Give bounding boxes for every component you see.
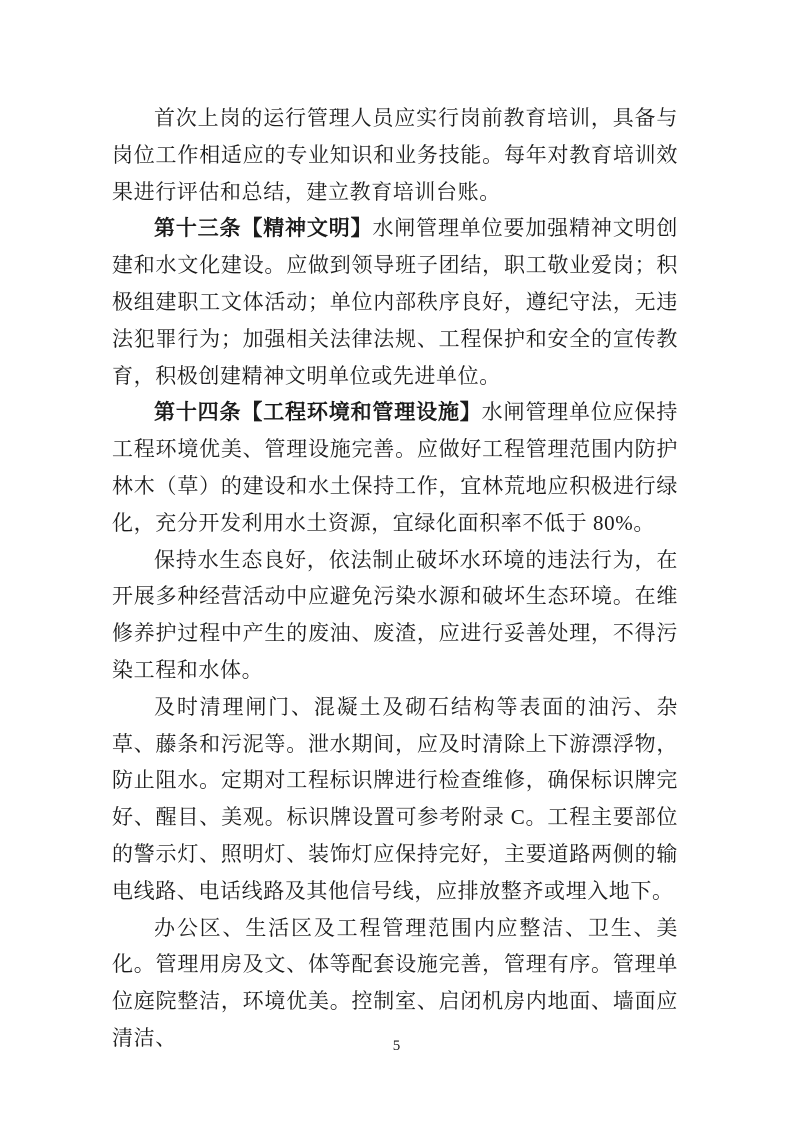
paragraph: 第十三条【精神文明】水闸管理单位要加强精神文明创建和水文化建设。应做到领导班子团… (112, 210, 678, 394)
paragraph: 首次上岗的运行管理人员应实行岗前教育培训，具备与岗位工作相适应的专业知识和业务技… (112, 100, 678, 210)
paragraph-text: 保持水生态良好，依法制止破坏水环境的违法行为，在开展多种经营活动中应避免污染水源… (112, 548, 678, 682)
page-number: 5 (0, 1036, 793, 1056)
paragraph: 办公区、生活区及工程管理范围内应整洁、卫生、美化。管理用房及文、体等配套设施完善… (112, 910, 678, 1057)
paragraph-text: 办公区、生活区及工程管理范围内应整洁、卫生、美化。管理用房及文、体等配套设施完善… (112, 916, 678, 1050)
paragraph-text: 水闸管理单位要加强精神文明创建和水文化建设。应做到领导班子团结，职工敬业爱岗；积… (112, 216, 678, 387)
document-body: 首次上岗的运行管理人员应实行岗前教育培训，具备与岗位工作相适应的专业知识和业务技… (112, 100, 678, 1057)
paragraph-text: 及时清理闸门、混凝土及砌石结构等表面的油污、杂草、藤条和污泥等。泄水期间，应及时… (112, 695, 678, 903)
paragraph: 第十四条【工程环境和管理设施】水闸管理单位应保持工程环境优美、管理设施完善。应做… (112, 394, 678, 541)
document-page: 首次上岗的运行管理人员应实行岗前教育培训，具备与岗位工作相适应的专业知识和业务技… (0, 0, 793, 1122)
paragraph: 及时清理闸门、混凝土及砌石结构等表面的油污、杂草、藤条和污泥等。泄水期间，应及时… (112, 689, 678, 910)
article-heading: 第十四条【工程环境和管理设施】 (154, 400, 482, 424)
paragraph: 保持水生态良好，依法制止破坏水环境的违法行为，在开展多种经营活动中应避免污染水源… (112, 542, 678, 689)
paragraph-text: 首次上岗的运行管理人员应实行岗前教育培训，具备与岗位工作相适应的专业知识和业务技… (112, 106, 678, 204)
article-heading: 第十三条【精神文明】 (154, 216, 372, 240)
